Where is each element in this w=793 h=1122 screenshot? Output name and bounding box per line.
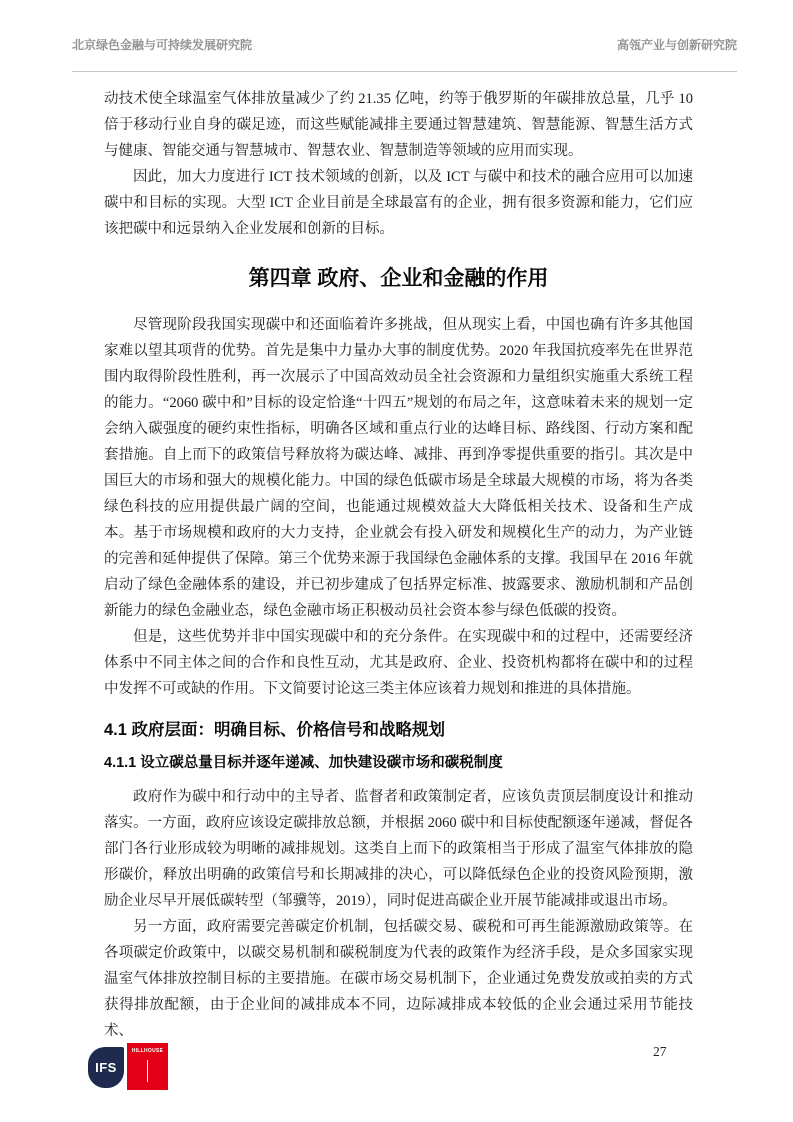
chapter-heading: 第四章 政府、企业和金融的作用 — [104, 264, 693, 294]
page-header: 北京绿色金融与可持续发展研究院 高瓴产业与创新研究院 — [72, 0, 737, 72]
paragraph: 另一方面，政府需要完善碳定价机制，包括碳交易、碳税和可再生能源激励政策等。在各项… — [104, 914, 693, 1044]
ifs-logo-text: IFS — [95, 1060, 117, 1075]
paragraph: 因此，加大力度进行 ICT 技术领域的创新，以及 ICT 与碳中和技术的融合应用… — [104, 164, 693, 242]
ifs-logo: IFS — [88, 1047, 124, 1088]
hillhouse-logo-text: HILLHOUSE — [132, 1048, 164, 1054]
section-heading-4-1: 4.1 政府层面：明确目标、价格信号和战略规划 — [104, 718, 693, 742]
header-left-text: 北京绿色金融与可持续发展研究院 — [72, 36, 252, 53]
hillhouse-logo-mark — [147, 1060, 148, 1082]
paragraph: 但是，这些优势并非中国实现碳中和的充分条件。在实现碳中和的过程中，还需要经济体系… — [104, 624, 693, 702]
paragraph: 尽管现阶段我国实现碳中和还面临着许多挑战，但从现实上看，中国也确有许多其他国家难… — [104, 312, 693, 624]
header-right-text: 高瓴产业与创新研究院 — [617, 36, 737, 53]
page-content: 动技术使全球温室气体排放量减少了约 21.35 亿吨，约等于俄罗斯的年碳排放总量… — [104, 86, 693, 1044]
hillhouse-logo: HILLHOUSE — [127, 1043, 168, 1090]
paragraph: 政府作为碳中和行动中的主导者、监督者和政策制定者，应该负责顶层制度设计和推动落实… — [104, 784, 693, 914]
document-page: 北京绿色金融与可持续发展研究院 高瓴产业与创新研究院 动技术使全球温室气体排放量… — [0, 0, 793, 1122]
section-heading-4-1-1: 4.1.1 设立碳总量目标并逐年递减、加快建设碳市场和碳税制度 — [104, 752, 693, 774]
page-number: 27 — [653, 1044, 667, 1060]
paragraph: 动技术使全球温室气体排放量减少了约 21.35 亿吨，约等于俄罗斯的年碳排放总量… — [104, 86, 693, 164]
